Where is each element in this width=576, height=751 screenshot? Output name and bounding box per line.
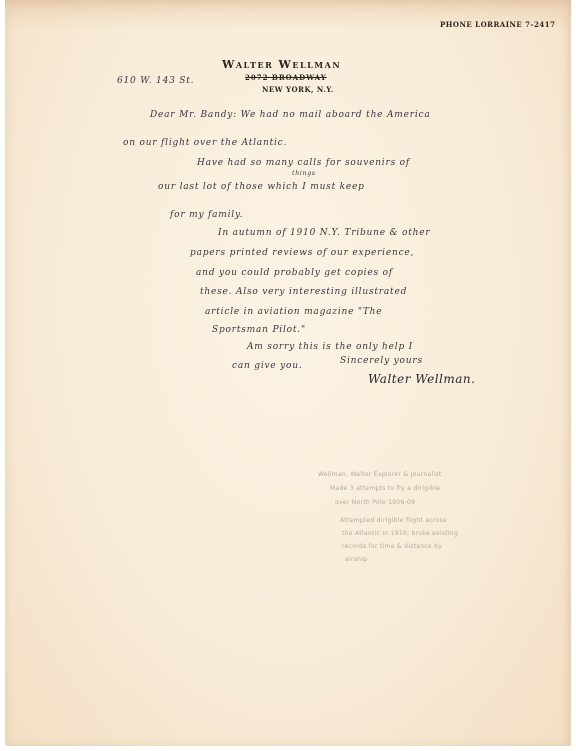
letter-line: In autumn of 1910 N.Y. Tribune & other [218, 228, 430, 238]
signature: Walter Wellman. [368, 372, 475, 386]
letterhead-city: NEW YORK, N.Y. [262, 85, 334, 94]
letter-line: our last lot of those which I must keep [158, 182, 365, 192]
letterhead-street-crossed-out: 2072 BROADWAY [245, 73, 327, 82]
letter-line: article in aviation magazine "The [205, 307, 382, 317]
pencil-note-line: Made 3 attempts to fly a dirigible [330, 485, 440, 492]
letter-line: Dear Mr. Bandy: We had no mail aboard th… [150, 110, 431, 120]
pencil-note-line: airship [345, 556, 367, 563]
interlinear-insert: things [292, 170, 316, 177]
pencil-note-line: records for time & distance by [342, 543, 442, 550]
pencil-note-line: Wellman, Walter Explorer & Journalist [318, 471, 442, 478]
letter-line: can give you. [232, 361, 303, 371]
pencil-note-line: over North Pole 1906-09 [335, 499, 415, 506]
letter-closing: Sincerely yours [340, 356, 423, 366]
letter-line: and you could probably get copies of [196, 268, 393, 278]
letter-line: papers printed reviews of our experience… [190, 248, 414, 258]
handwritten-address: 610 W. 143 St. [117, 76, 194, 86]
letter-line: these. Also very interesting illustrated [200, 287, 407, 297]
pencil-note-line: the Atlantic in 1910; broke existing [342, 530, 458, 537]
letterhead-phone: PHONE LORRAINE 7-2417 [440, 20, 555, 29]
letter-line: Am sorry this is the only help I [247, 342, 413, 352]
letter-line: Sportsman Pilot." [212, 325, 306, 335]
letter-line: for my family. [170, 210, 243, 220]
letterhead-name: Walter Wellman [222, 58, 341, 71]
letter-line: on our flight over the Atlantic. [123, 138, 287, 148]
letter-line: Have had so many calls for souvenirs of [197, 158, 410, 168]
pencil-note-line: Attempted dirigible flight across [340, 517, 446, 524]
